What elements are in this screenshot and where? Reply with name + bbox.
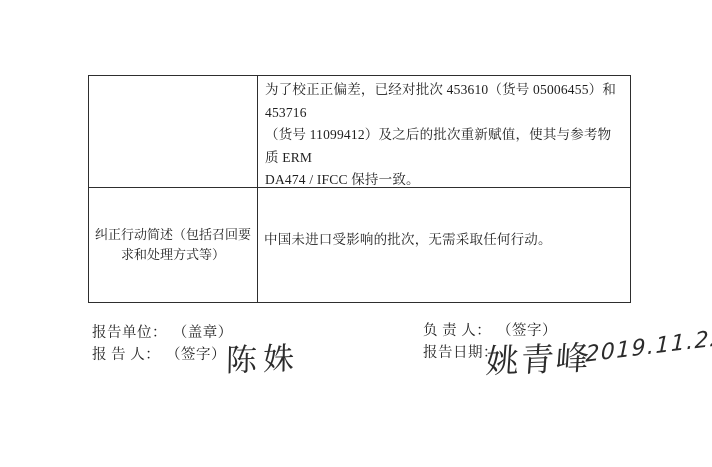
report-table: 为了校正正偏差，已经对批次 453610（货号 05006455）和 45371…	[88, 75, 631, 303]
table-row-correction-detail: 为了校正正偏差，已经对批次 453610（货号 05006455）和 45371…	[89, 76, 630, 188]
reporter-note: （签字）	[173, 347, 226, 363]
responsible-label: 负 责 人：	[423, 323, 491, 339]
corrective-action-label-line-1: 纠正行动简述（包括召回要	[95, 225, 251, 245]
reporter-handwritten-signature: 陈姝	[226, 333, 301, 381]
table-cell-correction-detail: 为了校正正偏差，已经对批次 453610（货号 05006455）和 45371…	[258, 76, 630, 187]
correction-detail-line-2: （货号 11099412）及之后的批次重新赋值，使其与参考物质 ERM	[265, 124, 622, 169]
correction-detail-line-1: 为了校正正偏差，已经对批次 453610（货号 05006455）和 45371…	[265, 79, 622, 124]
report-unit-label: 报告单位：	[92, 325, 167, 341]
reporter-row: 报 告 人：（签字）	[92, 344, 233, 366]
footer-left-labels: 报告单位：（盖章） 报 告 人：（签字）	[92, 322, 233, 366]
table-cell-corrective-action-label: 纠正行动简述（包括召回要 求和处理方式等）	[89, 188, 258, 302]
responsible-handwritten-signature: 姚青峰	[484, 332, 592, 383]
report-date-handwritten: 2019.11.22	[585, 325, 712, 367]
corrective-action-text: 中国未进口受影响的批次，无需采取任何行动。	[264, 229, 552, 252]
report-unit-note: （盖章）	[180, 325, 233, 341]
reporter-label: 报 告 人：	[92, 347, 160, 363]
table-cell-corrective-action-value: 中国未进口受影响的批次，无需采取任何行动。	[258, 188, 630, 302]
table-row-corrective-action: 纠正行动简述（包括召回要 求和处理方式等） 中国未进口受影响的批次，无需采取任何…	[89, 188, 630, 302]
report-unit-row: 报告单位：（盖章）	[92, 322, 233, 344]
corrective-action-label-line-2: 求和处理方式等）	[121, 245, 225, 265]
scanned-report-page: 为了校正正偏差，已经对批次 453610（货号 05006455）和 45371…	[0, 0, 712, 467]
table-cell-row1-left-empty	[89, 76, 258, 187]
